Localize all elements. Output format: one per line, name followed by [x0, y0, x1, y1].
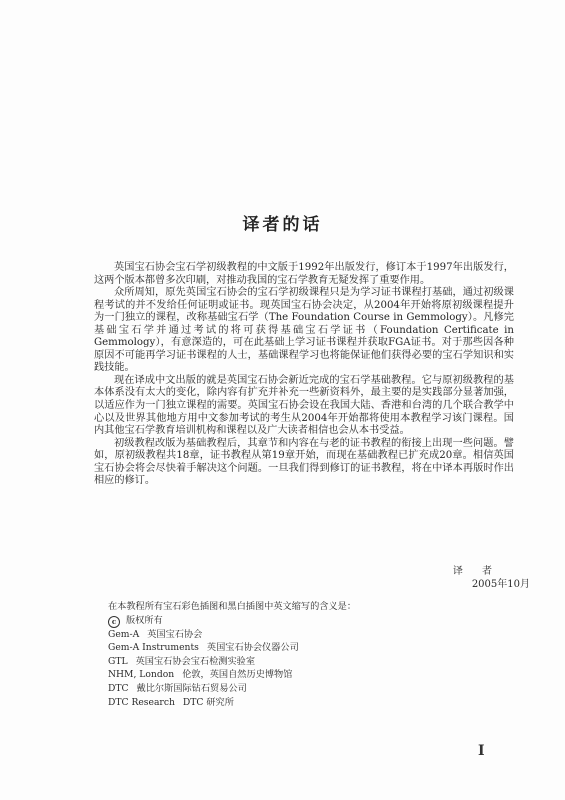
note-entry: Gem-A Instruments英国宝石协会仪器公司	[108, 641, 408, 655]
copyright-icon: c	[108, 616, 120, 628]
note-entry: DTC ResearchDTC 研究所	[108, 696, 408, 710]
note-entry: NHM, London伦敦，英国自然历史博物馆	[108, 668, 408, 682]
page-number: I	[478, 743, 485, 759]
note-text: 版权所有	[126, 615, 163, 626]
paragraph: 众所周知，原先英国宝石协会的宝石学初级课程只是为学习证书课程打基础，通过初级课程…	[94, 287, 514, 375]
note-entry: Gem-A英国宝石协会	[108, 628, 408, 642]
signature-date: 2005年10月	[380, 578, 530, 591]
preface-body: 英国宝石协会宝石学初级教程的中文版于1992年出版发行，修订本于1997年出版发…	[94, 262, 514, 488]
signature-block: 译 者 2005年10月	[380, 565, 530, 591]
paragraph: 现在译成中文出版的就是英国宝石协会新近完成的宝石学基础教程。它与原初级教程的基本…	[94, 375, 514, 438]
notes-intro: 在本教程所有宝石彩色插图和黑白插图中英文缩写的含义是：	[108, 600, 408, 614]
note-entry: DTC戴比尔斯国际钻石贸易公司	[108, 682, 408, 696]
page-title: 译者的话	[0, 210, 565, 235]
signature-name: 译 者	[380, 565, 530, 578]
note-abbr: DTC Research	[108, 696, 175, 710]
paragraph: 初级教程改版为基础教程后，其章节和内容在与老的证书教程的衔接上出现一些问题。譬如…	[94, 438, 514, 488]
note-text: 英国宝石协会宝石检测实验室	[136, 656, 255, 667]
abbreviation-notes: 在本教程所有宝石彩色插图和黑白插图中英文缩写的含义是： c版权所有 Gem-A英…	[108, 600, 408, 709]
document-page: 译者的话 英国宝石协会宝石学初级教程的中文版于1992年出版发行，修订本于199…	[0, 0, 565, 800]
note-text: 伦敦，英国自然历史博物馆	[182, 669, 292, 680]
note-abbr: Gem-A Instruments	[108, 641, 199, 655]
note-abbr: Gem-A	[108, 628, 139, 642]
note-abbr: GTL	[108, 655, 128, 669]
note-abbr: NHM, London	[108, 668, 174, 682]
note-text: DTC 研究所	[183, 697, 234, 708]
note-text: 英国宝石协会	[147, 629, 202, 640]
note-entry: GTL英国宝石协会宝石检测实验室	[108, 655, 408, 669]
paragraph: 英国宝石协会宝石学初级教程的中文版于1992年出版发行，修订本于1997年出版发…	[94, 262, 514, 287]
note-entry: c版权所有	[108, 614, 408, 628]
note-text: 戴比尔斯国际钻石贸易公司	[137, 683, 247, 694]
note-abbr: DTC	[108, 682, 129, 696]
note-text: 英国宝石协会仪器公司	[207, 642, 299, 653]
